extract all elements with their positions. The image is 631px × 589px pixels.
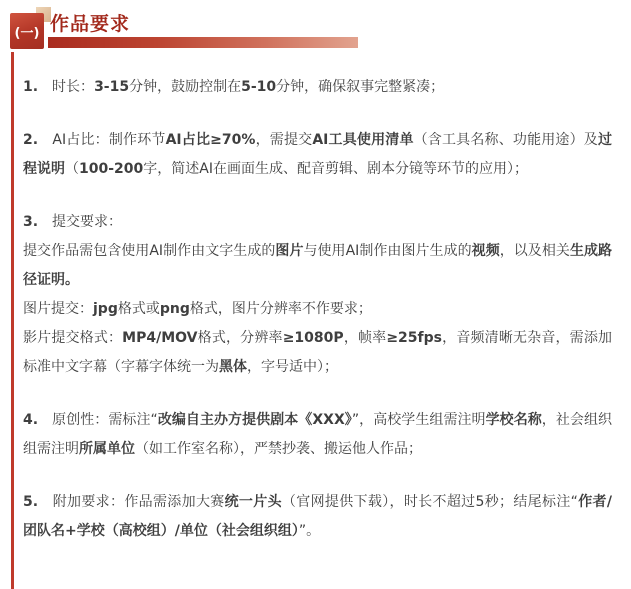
text-run-bold: 4.	[23, 412, 38, 428]
left-red-rule	[11, 52, 14, 589]
text-run: ，字号适中）；	[247, 359, 338, 375]
text-run: 格式，分辨率	[198, 330, 283, 346]
text-run: （	[65, 161, 79, 177]
requirement-item-1: 1. 时长：3-15分钟，鼓励控制在5-10分钟，确保叙事完整紧凑；	[23, 73, 612, 102]
paragraph: 4. 原创性：需标注“改编自主办方提供剧本《XXX》”，高校学生组需注明学校名称…	[23, 406, 612, 464]
text-run-bold: AI工具使用清单	[312, 132, 413, 148]
text-run: 提交作品需包含使用AI制作由文字生成的	[23, 243, 275, 259]
text-run: ”，高校学生组需注明	[352, 412, 486, 428]
paragraph: 2. AI占比：制作环节AI占比≥70%，需提交AI工具使用清单（含工具名称、功…	[23, 126, 612, 184]
text-run-bold: 5-10	[241, 79, 276, 95]
paragraph: 图片提交：jpg格式或png格式，图片分辨率不作要求；	[23, 295, 612, 324]
text-run: （含工具名称、功能用途）及	[414, 132, 598, 148]
text-run-bold: jpg	[93, 301, 118, 317]
page-title: 作品要求	[50, 9, 130, 36]
requirements-list: 1. 时长：3-15分钟，鼓励控制在5-10分钟，确保叙事完整紧凑；2. AI占…	[23, 73, 612, 546]
text-run: AI占比：制作环节	[38, 132, 166, 148]
text-run: （官网提供下载），时长不超过5秒；结尾标注“	[282, 494, 578, 510]
document-page: (一) 作品要求 1. 时长：3-15分钟，鼓励控制在5-10分钟，确保叙事完整…	[0, 0, 631, 589]
text-run: 分钟，确保叙事完整紧凑；	[276, 79, 444, 95]
text-run: 字，简述AI在画面生成、配音剪辑、剧本分镜等环节的应用）；	[143, 161, 528, 177]
text-run: 提交要求：	[38, 214, 122, 230]
text-run: 格式，图片分辨率不作要求；	[190, 301, 372, 317]
section-header: (一) 作品要求	[0, 0, 631, 66]
text-run: 图片提交：	[23, 301, 93, 317]
title-underline-gradient-bar	[48, 37, 358, 48]
requirement-item-2: 2. AI占比：制作环节AI占比≥70%，需提交AI工具使用清单（含工具名称、功…	[23, 126, 612, 184]
text-run-bold: 100-200	[79, 161, 143, 177]
section-number-label: (一)	[15, 22, 40, 41]
paragraph: 提交作品需包含使用AI制作由文字生成的图片与使用AI制作由图片生成的视频，以及相…	[23, 237, 612, 295]
text-run-bold: png	[160, 301, 190, 317]
paragraph: 5. 附加要求：作品需添加大赛统一片头（官网提供下载），时长不超过5秒；结尾标注…	[23, 488, 612, 546]
text-run-bold: ≥1080P	[283, 330, 344, 346]
requirement-item-4: 4. 原创性：需标注“改编自主办方提供剧本《XXX》”，高校学生组需注明学校名称…	[23, 406, 612, 464]
text-run-bold: ≥25fps	[386, 330, 442, 346]
section-number-badge: (一)	[10, 13, 44, 49]
text-run-bold: 5.	[23, 494, 38, 510]
text-run-bold: 统一片头	[225, 494, 282, 510]
text-run-bold: 学校名称	[486, 412, 542, 428]
text-run-bold: 视频	[472, 243, 500, 259]
text-run: （如工作室名称），严禁抄袭、搬运他人作品；	[135, 441, 422, 457]
paragraph: 1. 时长：3-15分钟，鼓励控制在5-10分钟，确保叙事完整紧凑；	[23, 73, 612, 102]
paragraph: 3. 提交要求：	[23, 208, 612, 237]
paragraph: 影片提交格式：MP4/MOV格式，分辨率≥1080P，帧率≥25fps，音频清晰…	[23, 324, 612, 382]
text-run-bold: MP4/MOV	[122, 330, 197, 346]
requirement-item-5: 5. 附加要求：作品需添加大赛统一片头（官网提供下载），时长不超过5秒；结尾标注…	[23, 488, 612, 546]
text-run: 分钟，鼓励控制在	[129, 79, 241, 95]
text-run-bold: 2.	[23, 132, 38, 148]
text-run-bold: 3-15	[94, 79, 129, 95]
text-run-bold: AI占比≥70%	[166, 132, 256, 148]
text-run: ，帧率	[344, 330, 387, 346]
text-run: 与使用AI制作由图片生成的	[303, 243, 471, 259]
text-run: 附加要求：作品需添加大赛	[38, 494, 225, 510]
text-run: 原创性：需标注“	[38, 412, 158, 428]
text-run-bold: 3.	[23, 214, 38, 230]
text-run-bold: 改编自主办方提供剧本《XXX》	[158, 412, 352, 428]
requirement-item-3: 3. 提交要求：提交作品需包含使用AI制作由文字生成的图片与使用AI制作由图片生…	[23, 208, 612, 382]
text-run: ，以及相关	[500, 243, 570, 259]
text-run: ，需提交	[255, 132, 312, 148]
text-run-bold: 所属单位	[79, 441, 135, 457]
text-run: 影片提交格式：	[23, 330, 122, 346]
text-run-bold: 黑体	[219, 359, 247, 375]
text-run: 格式或	[118, 301, 160, 317]
text-run-bold: 1.	[23, 79, 38, 95]
text-run-bold: 图片	[275, 243, 303, 259]
text-run: 时长：	[38, 79, 94, 95]
text-run: ”。	[299, 523, 320, 539]
